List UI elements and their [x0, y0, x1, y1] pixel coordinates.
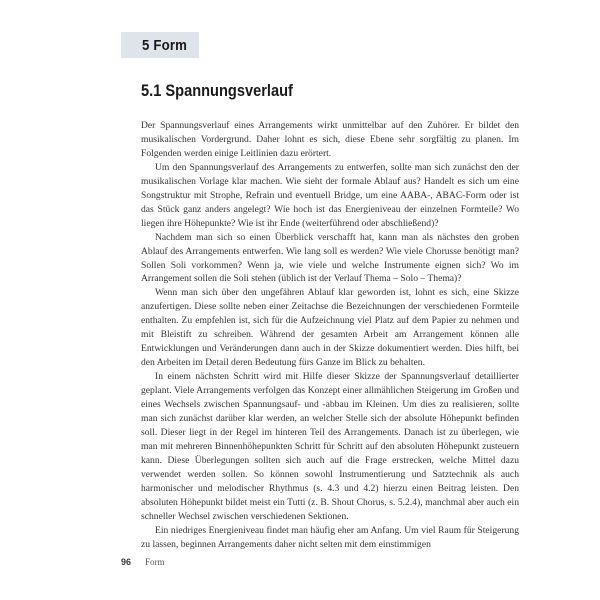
running-footer-title: Form [145, 557, 165, 567]
paragraph: Um den Spannungsverlauf des Arrangements… [141, 161, 519, 231]
paragraph: In einem nächsten Schritt wird mit Hilfe… [141, 370, 519, 523]
paragraph: Der Spannungsverlauf eines Arrangements … [141, 119, 519, 161]
page-number: 96 [121, 557, 131, 567]
section-title: 5.1 Spannungsverlauf [141, 81, 293, 101]
paragraph: Wenn man sich über den ungefähren Ablauf… [141, 286, 519, 370]
page-footer: 96 Form [121, 557, 165, 567]
chapter-heading-box: 5 Form [121, 32, 199, 58]
paragraph: Ein niedriges Energieniveau findet man h… [141, 524, 519, 552]
body-text: Der Spannungsverlauf eines Arrangements … [141, 119, 519, 552]
chapter-title: 5 Form [142, 37, 187, 54]
paragraph: Nachdem man sich so einen Überblick vers… [141, 231, 519, 287]
